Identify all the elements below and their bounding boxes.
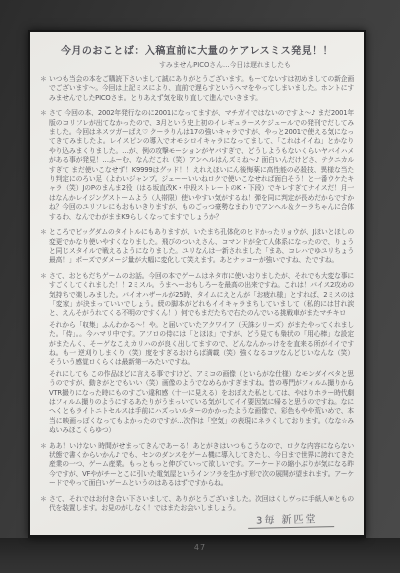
paragraph-marker: ＊ <box>40 109 49 222</box>
paragraph-text: いつも当会の本をご購読下さいまして誠にありがとうございます。もーてないすは初めま… <box>49 75 354 103</box>
paragraph-marker <box>40 321 49 368</box>
paragraph: それから「収集」ふんわかる〜！や。と届いていたアクワイア（天誅シリーズ）がまたや… <box>40 321 354 368</box>
paragraph: ＊ ああ！いけない 時間がせまってきんであーる！あとがきはいつもこうなので、ロク… <box>40 442 354 489</box>
paragraph-text: さて 今回の本、2002年発行なのに2001になってますが、マチガイではないので… <box>49 109 354 222</box>
paragraph-marker: ＊ <box>40 75 49 103</box>
paragraph-marker: ＊ <box>40 495 49 514</box>
page-subtitle: すみませんPICOさん…今日は遅れましたも <box>40 59 354 69</box>
paragraph: ＊ ところでビッグダムのタイトルにもありますが、いたまち孔体化のヒドかったリョウ… <box>40 228 354 266</box>
document-page: 今月のおことば：入稿直前に大量のケアレスミス発見！！ すみませんPICOさん…今… <box>28 30 366 538</box>
paragraph: ＊ さて 今回の本、2002年発行なのに2001になってますが、マチガイではない… <box>40 109 354 222</box>
scan-background: 今月のおことば：入稿直前に大量のケアレスミス発見！！ すみませんPICOさん…今… <box>0 0 400 573</box>
paragraph-marker: ＊ <box>40 228 49 266</box>
paragraph-marker: ＊ <box>40 442 49 489</box>
paragraph-marker: ＊ <box>40 272 49 319</box>
paragraph-text: それから「収集」ふんわかる〜！や。と届いていたアクワイア（天誅シリーズ）がまたや… <box>49 321 354 368</box>
paragraph-text: ああ！いけない 時間がせまってきんであーる！あとがきはいつもこうなので、ロクな内… <box>49 442 354 489</box>
paragraph: ＊ いつも当会の本をご購読下さいまして誠にありがとうございます。もーてないすは初… <box>40 75 354 103</box>
paragraph: それにしても この作品ほどに言える事ですけど、アミコの画像（といらがな仕様）なモ… <box>40 370 354 436</box>
paragraph-text: さて、おともだちゲームのお話。今回の本でゲームはネタ市に使いおりましたが、それで… <box>49 272 354 319</box>
paragraph-marker <box>40 370 49 436</box>
paragraph: ＊ さて、おともだちゲームのお話。今回の本でゲームはネタ市に使いおりましたが、そ… <box>40 272 354 319</box>
page-number: 47 <box>0 543 400 552</box>
paragraph-text: ところでビッグダムのタイトルにもありますが、いたまち孔体化のヒドかったリョウが、… <box>49 228 354 266</box>
paragraph-text: それにしても この作品ほどに言える事ですけど、アミコの画像（といらがな仕様）なモ… <box>49 370 354 436</box>
author-signature: 3毎 新匹堂 <box>248 510 334 529</box>
page-title: 今月のおことば：入稿直前に大量のケアレスミス発見！！ <box>40 42 354 57</box>
